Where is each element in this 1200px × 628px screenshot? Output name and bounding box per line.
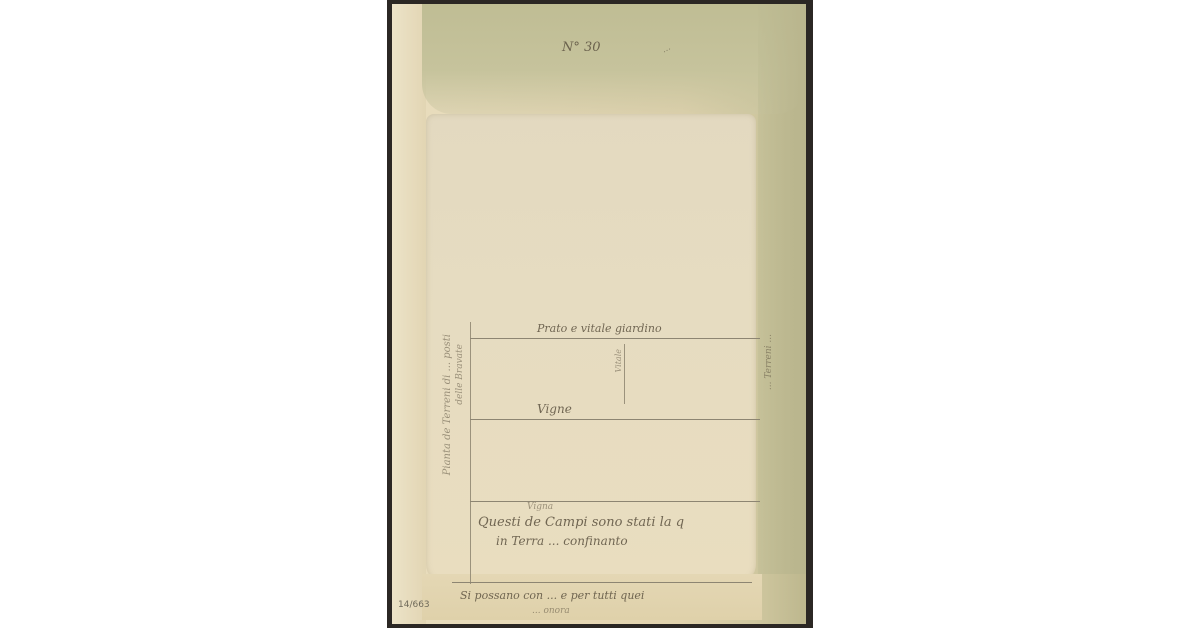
manuscript-sheet: N° 30 ... Prato e vitale giardino Vitale… (392, 4, 806, 624)
lower-caption-line-1: Questi de Campi sono stati la q (478, 515, 684, 530)
middle-field-label: Vigne (537, 402, 572, 416)
top-number: N° 30 (562, 40, 601, 55)
right-margin-vertical-note: ... Terreni ... (764, 334, 774, 390)
plan-line-2 (470, 419, 760, 420)
plan-line-4 (452, 582, 752, 583)
plan-line-3 (470, 501, 760, 502)
plan-vertical-divider (624, 344, 625, 404)
vertical-mid-label: Vitale (614, 349, 623, 372)
lower-caption-line-2: in Terra ... confinanto (496, 534, 628, 548)
top-field-label: Prato e vitale giardino (537, 322, 662, 335)
bottom-caption-line-2: ... onora (532, 606, 570, 616)
top-water-stain (422, 4, 806, 114)
bottom-caption-line-1: Si possano con ... e per tutti quei (460, 589, 644, 602)
lower-field-small-label: Vigna (527, 502, 553, 512)
left-paper-strip (392, 4, 426, 624)
plan-line-1 (470, 338, 760, 339)
left-margin-vertical-note: Pianta de Terreni di ... posti (442, 334, 453, 475)
plan-panel (426, 114, 756, 584)
archive-mark: 14/663 (398, 600, 430, 610)
plan-left-border (470, 322, 471, 584)
left-margin-vertical-note-2: delle Bravate (455, 344, 465, 405)
right-water-stain (758, 4, 806, 574)
